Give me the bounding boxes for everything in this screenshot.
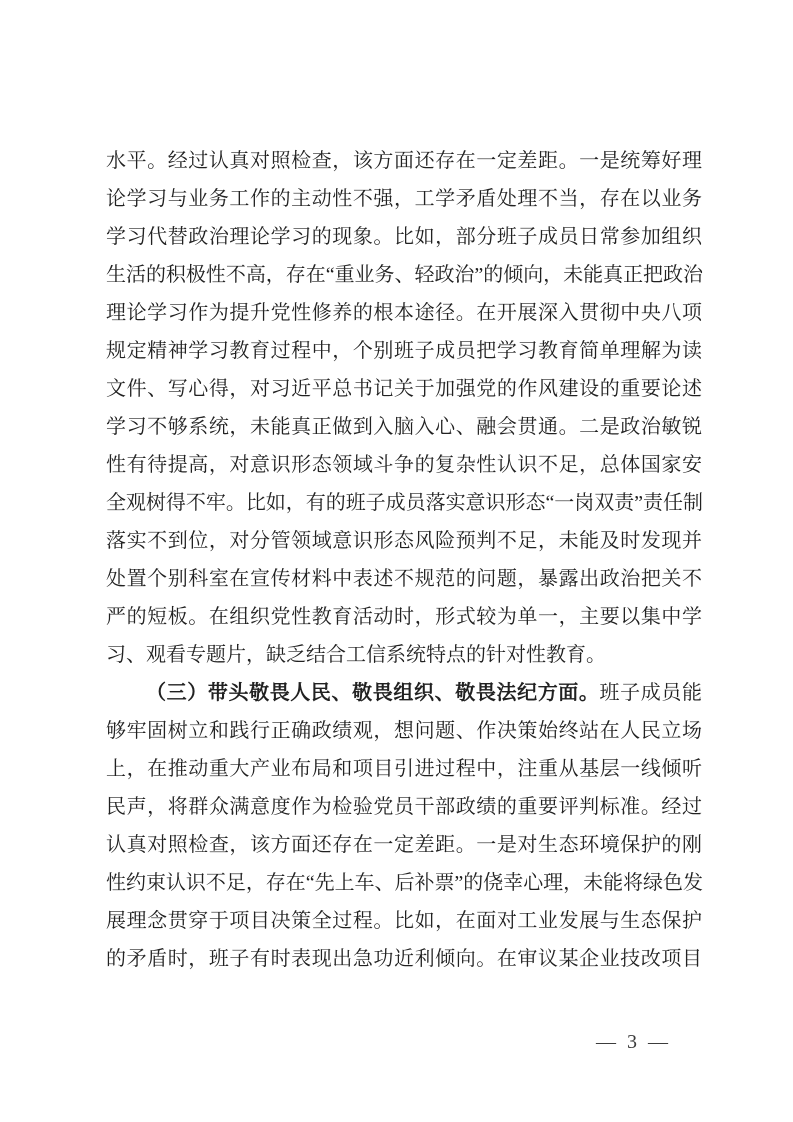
text-line: 学习代替政治理论学习的现象。比如，部分班子成员日常参加组织 — [106, 218, 702, 256]
text-line: 民声，将群众满意度作为检验党员干部政绩的重要评判标准。经过 — [106, 788, 702, 826]
text-line: 学习不够系统，未能真正做到入脑入心、融会贯通。二是政治敏锐 — [106, 408, 702, 446]
text-segment: 够牢固树立和践行正确政绩观，想问题、作决策始终站在人民立场 — [106, 720, 702, 742]
document-page: 水平。经过认真对照检查，该方面还存在一定差距。一是统筹好理论学习与业务工作的主动… — [0, 0, 793, 1122]
text-line: 严的短板。在组织党性教育活动时，形式较为单一，主要以集中学 — [106, 598, 702, 636]
text-line: 文件、写心得，对习近平总书记关于加强党的作风建设的重要论述 — [106, 370, 702, 408]
text-segment: 班子成员能 — [600, 682, 702, 704]
text-segment: 规定精神学习教育过程中，个别班子成员把学习教育简单理解为读 — [106, 340, 702, 362]
text-line: 够牢固树立和践行正确政绩观，想问题、作决策始终站在人民立场 — [106, 712, 702, 750]
text-segment: 性有待提高，对意识形态领域斗争的复杂性认识不足，总体国家安 — [106, 454, 702, 476]
text-segment: 理论学习作为提升党性修养的根本途径。在开展深入贯彻中央八项 — [106, 302, 702, 324]
text-line: 习、观看专题片，缺乏结合工信系统特点的针对性教育。 — [106, 636, 702, 674]
text-line: 理论学习作为提升党性修养的根本途径。在开展深入贯彻中央八项 — [106, 294, 702, 332]
text-line: 规定精神学习教育过程中，个别班子成员把学习教育简单理解为读 — [106, 332, 702, 370]
text-line: 处置个别科室在宣传材料中表述不规范的问题，暴露出政治把关不 — [106, 560, 702, 598]
text-line: 上，在推动重大产业布局和项目引进过程中，注重从基层一线倾听 — [106, 750, 702, 788]
text-line: 认真对照检查，该方面还存在一定差距。一是对生态环境保护的刚 — [106, 826, 702, 864]
text-line: 论学习与业务工作的主动性不强，工学矛盾处理不当，存在以业务 — [106, 180, 702, 218]
text-segment: 处置个别科室在宣传材料中表述不规范的问题，暴露出政治把关不 — [106, 568, 702, 590]
text-segment: 学习不够系统，未能真正做到入脑入心、融会贯通。二是政治敏锐 — [106, 416, 702, 438]
text-segment: 严的短板。在组织党性教育活动时，形式较为单一，主要以集中学 — [106, 606, 702, 628]
text-line: （三）带头敬畏人民、敬畏组织、敬畏法纪方面。班子成员能 — [106, 674, 702, 712]
text-segment: 生活的积极性不高，存在“重业务、轻政治”的倾向，未能真正把政治 — [106, 264, 702, 286]
text-segment: 论学习与业务工作的主动性不强，工学矛盾处理不当，存在以业务 — [106, 188, 702, 210]
text-line: 水平。经过认真对照检查，该方面还存在一定差距。一是统筹好理 — [106, 142, 702, 180]
text-segment: 上，在推动重大产业布局和项目引进过程中，注重从基层一线倾听 — [106, 758, 702, 780]
text-segment: 全观树得不牢。比如，有的班子成员落实意识形态“一岗双责”责任制 — [106, 492, 702, 514]
text-segment: 水平。经过认真对照检查，该方面还存在一定差距。一是统筹好理 — [106, 150, 702, 172]
text-line: 性约束认识不足，存在“先上车、后补票”的侥幸心理，未能将绿色发 — [106, 864, 702, 902]
text-segment: 认真对照检查，该方面还存在一定差距。一是对生态环境保护的刚 — [106, 834, 702, 856]
text-segment: 文件、写心得，对习近平总书记关于加强党的作风建设的重要论述 — [106, 378, 702, 400]
text-segment: 落实不到位，对分管领域意识形态风险预判不足，未能及时发现并 — [106, 530, 702, 552]
text-line: 落实不到位，对分管领域意识形态风险预判不足，未能及时发现并 — [106, 522, 702, 560]
text-segment: 习、观看专题片，缺乏结合工信系统特点的针对性教育。 — [106, 644, 606, 666]
page-number: — 3 — — [596, 1030, 671, 1054]
text-line: 全观树得不牢。比如，有的班子成员落实意识形态“一岗双责”责任制 — [106, 484, 702, 522]
text-segment: 展理念贯穿于项目决策全过程。比如，在面对工业发展与生态保护 — [106, 910, 702, 932]
page-body: 水平。经过认真对照检查，该方面还存在一定差距。一是统筹好理论学习与业务工作的主动… — [106, 142, 702, 978]
text-segment: 学习代替政治理论学习的现象。比如，部分班子成员日常参加组织 — [106, 226, 702, 248]
text-line: 展理念贯穿于项目决策全过程。比如，在面对工业发展与生态保护 — [106, 902, 702, 940]
text-line: 生活的积极性不高，存在“重业务、轻政治”的倾向，未能真正把政治 — [106, 256, 702, 294]
text-line: 性有待提高，对意识形态领域斗争的复杂性认识不足，总体国家安 — [106, 446, 702, 484]
text-segment: 的矛盾时，班子有时表现出急功近利倾向。在审议某企业技改项目 — [106, 948, 702, 970]
text-segment: 性约束认识不足，存在“先上车、后补票”的侥幸心理，未能将绿色发 — [106, 872, 702, 894]
text-line: 的矛盾时，班子有时表现出急功近利倾向。在审议某企业技改项目 — [106, 940, 702, 978]
text-segment: 民声，将群众满意度作为检验党员干部政绩的重要评判标准。经过 — [106, 796, 702, 818]
section-heading: （三）带头敬畏人民、敬畏组织、敬畏法纪方面。 — [146, 682, 600, 704]
